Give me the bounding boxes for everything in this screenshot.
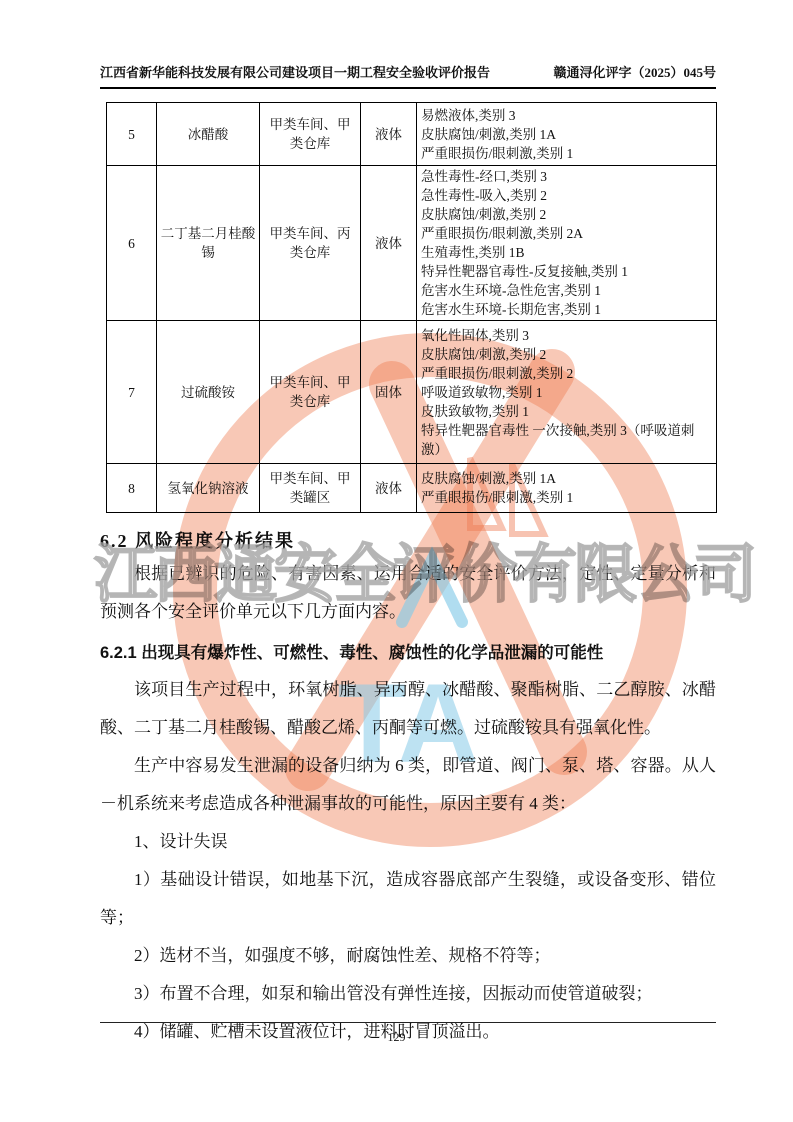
hazard-line: 严重眼损伤/眼刺激,类别 2 <box>421 364 713 383</box>
section-6-2-heading: 6.2 风险程度分析结果 <box>100 527 716 553</box>
footer-rule <box>100 1022 716 1023</box>
hazard-line: 皮肤腐蚀/刺激,类别 1A <box>421 469 713 488</box>
cell-location: 甲类车间、甲类罐区 <box>260 464 361 513</box>
cell-hazards: 急性毒性-经口,类别 3 急性毒性-吸入,类别 2 皮肤腐蚀/刺激,类别 2 严… <box>417 166 717 321</box>
cell-location: 甲类车间、甲类仓库 <box>260 321 361 464</box>
hazard-line: 特异性靶器官毒性-反复接触,类别 1 <box>421 262 713 281</box>
hazard-line: 易燃液体,类别 3 <box>421 106 713 125</box>
cell-location: 甲类车间、甲类仓库 <box>260 103 361 166</box>
hazard-line: 呼吸道致敏物,类别 1 <box>421 383 713 402</box>
hazard-line: 严重眼损伤/眼刺激,类别 2A <box>421 224 713 243</box>
header-report-title: 江西省新华能科技发展有限公司建设项目一期工程安全验收评价报告 <box>100 62 490 81</box>
cell-state: 液体 <box>361 103 417 166</box>
table-row: 6 二丁基二月桂酸锡 甲类车间、丙类仓库 液体 急性毒性-经口,类别 3 急性毒… <box>107 166 717 321</box>
hazard-line: 严重眼损伤/眼刺激,类别 1 <box>421 144 713 163</box>
cell-name: 过硫酸铵 <box>157 321 260 464</box>
paragraph: 该项目生产过程中，环氧树脂、异丙醇、冰醋酸、聚酯树脂、二乙醇胺、冰醋酸、二丁基二… <box>100 671 716 747</box>
hazard-line: 生殖毒性,类别 1B <box>421 243 713 262</box>
cell-hazards: 皮肤腐蚀/刺激,类别 1A 严重眼损伤/眼刺激,类别 1 <box>417 464 717 513</box>
hazard-line: 特异性靶器官毒性 一次接触,类别 3（呼吸道刺激） <box>421 421 713 459</box>
page-number: 129 <box>0 1030 793 1045</box>
cell-name: 氢氧化钠溶液 <box>157 464 260 513</box>
hazard-line: 氧化性固体,类别 3 <box>421 326 713 345</box>
hazmat-table: 5 冰醋酸 甲类车间、甲类仓库 液体 易燃液体,类别 3 皮肤腐蚀/刺激,类别 … <box>106 102 717 513</box>
table-row: 5 冰醋酸 甲类车间、甲类仓库 液体 易燃液体,类别 3 皮肤腐蚀/刺激,类别 … <box>107 103 717 166</box>
list-item: 3）布置不合理，如泵和输出管没有弹性连接，因振动而使管道破裂； <box>100 975 716 1013</box>
paragraph: 生产中容易发生泄漏的设备归纳为 6 类，即管道、阀门、泵、塔、容器。从人－机系统… <box>100 747 716 823</box>
list-item: 2）选材不当，如强度不够，耐腐蚀性差、规格不符等； <box>100 937 716 975</box>
hazard-line: 严重眼损伤/眼刺激,类别 1 <box>421 488 713 507</box>
hazard-line: 危害水生环境-急性危害,类别 1 <box>421 281 713 300</box>
table-row: 7 过硫酸铵 甲类车间、甲类仓库 固体 氧化性固体,类别 3 皮肤腐蚀/刺激,类… <box>107 321 717 464</box>
hazard-line: 皮肤腐蚀/刺激,类别 2 <box>421 205 713 224</box>
list-item: 1）基础设计错误，如地基下沉，造成容器底部产生裂缝，或设备变形、错位等； <box>100 861 716 937</box>
page-header: 江西省新华能科技发展有限公司建设项目一期工程安全验收评价报告 赣通浔化评字（20… <box>100 62 716 89</box>
cell-hazards: 易燃液体,类别 3 皮肤腐蚀/刺激,类别 1A 严重眼损伤/眼刺激,类别 1 <box>417 103 717 166</box>
header-doc-number: 赣通浔化评字（2025）045号 <box>553 62 716 81</box>
hazard-line: 皮肤腐蚀/刺激,类别 2 <box>421 345 713 364</box>
cell-location: 甲类车间、丙类仓库 <box>260 166 361 321</box>
cell-state: 液体 <box>361 464 417 513</box>
cell-name: 二丁基二月桂酸锡 <box>157 166 260 321</box>
hazard-line: 皮肤腐蚀/刺激,类别 1A <box>421 125 713 144</box>
cell-name: 冰醋酸 <box>157 103 260 166</box>
cell-no: 5 <box>107 103 157 166</box>
list-item-heading: 1、设计失误 <box>100 823 716 861</box>
cell-state: 液体 <box>361 166 417 321</box>
cell-no: 7 <box>107 321 157 464</box>
hazard-line: 危害水生环境-长期危害,类别 1 <box>421 300 713 319</box>
hazard-line: 皮肤致敏物,类别 1 <box>421 402 713 421</box>
hazard-line: 急性毒性-经口,类别 3 <box>421 167 713 186</box>
section-6-2-paragraph: 根据已辨识的危险、有害因素、运用合适的安全评价方法，定性、定量分析和预测各个安全… <box>100 555 716 631</box>
cell-state: 固体 <box>361 321 417 464</box>
document-page: 江西省新华能科技发展有限公司建设项目一期工程安全验收评价报告 赣通浔化评字（20… <box>0 0 793 1122</box>
section-6-2-1-heading: 6.2.1 出现具有爆炸性、可燃性、毒性、腐蚀性的化学品泄漏的可能性 <box>100 640 716 666</box>
cell-hazards: 氧化性固体,类别 3 皮肤腐蚀/刺激,类别 2 严重眼损伤/眼刺激,类别 2 呼… <box>417 321 717 464</box>
table-row: 8 氢氧化钠溶液 甲类车间、甲类罐区 液体 皮肤腐蚀/刺激,类别 1A 严重眼损… <box>107 464 717 513</box>
hazard-line: 急性毒性-吸入,类别 2 <box>421 186 713 205</box>
cell-no: 8 <box>107 464 157 513</box>
cell-no: 6 <box>107 166 157 321</box>
